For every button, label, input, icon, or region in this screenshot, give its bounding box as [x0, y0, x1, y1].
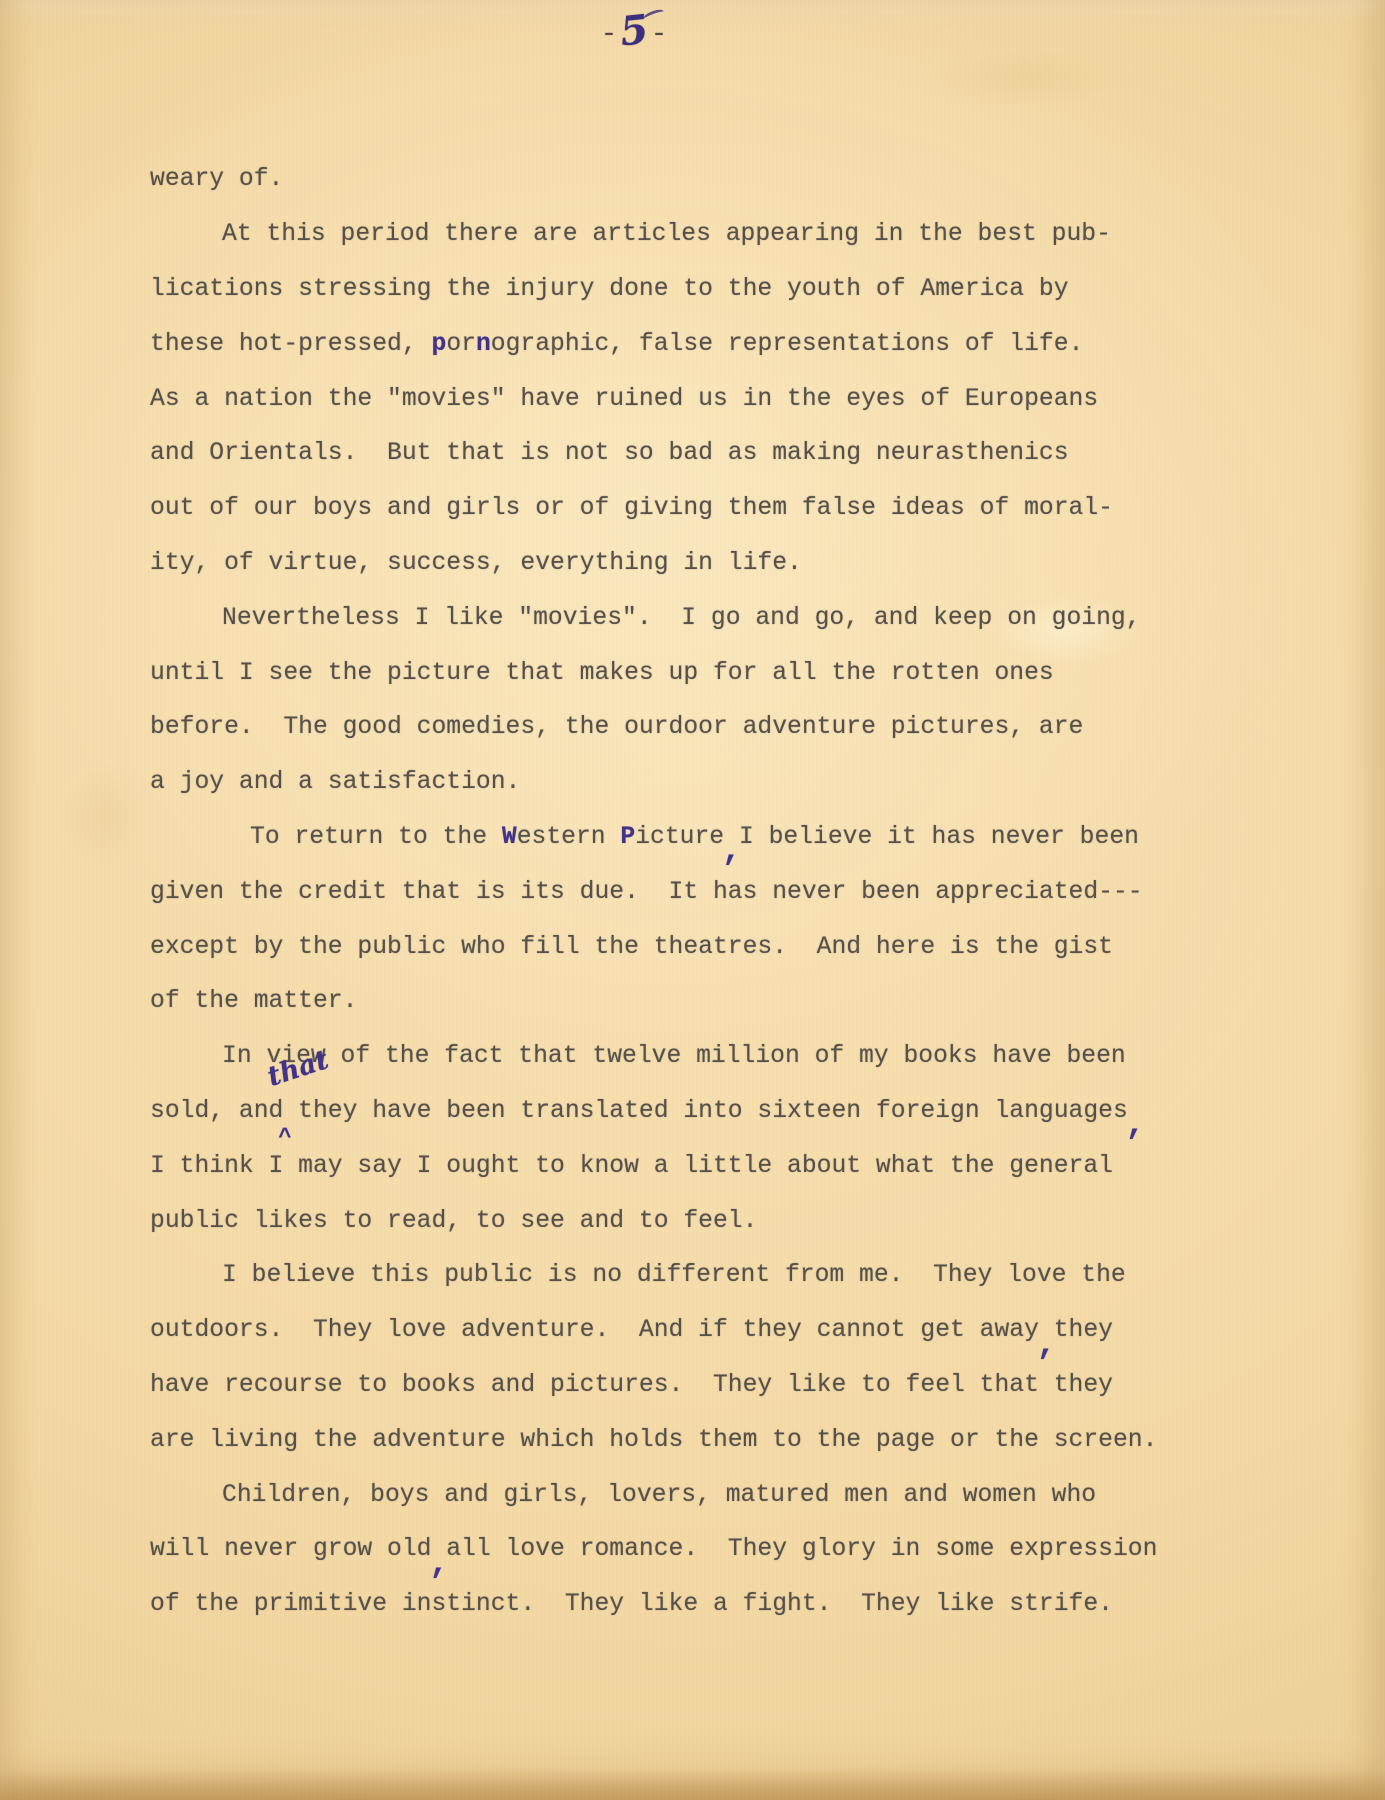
- typed-text: lications stressing the injury done to t…: [150, 275, 1069, 303]
- text-line: will never grow old, all love romance. T…: [150, 1522, 1157, 1577]
- typed-text: are living the adventure which holds the…: [150, 1426, 1157, 1454]
- text-line: outdoors. They love adventure. And if th…: [150, 1303, 1157, 1358]
- typed-text: or: [446, 330, 476, 358]
- typed-text: I believe it has never been: [724, 823, 1139, 851]
- typed-text: of the matter.: [150, 987, 357, 1015]
- insertion-caret: ^: [278, 1125, 291, 1150]
- ink-overwritten-letter: n: [476, 330, 491, 358]
- typed-text: will never grow old: [150, 1535, 431, 1563]
- ink-overwritten-letter: p: [431, 330, 446, 358]
- text-line: As a nation the "movies" have ruined us …: [150, 371, 1157, 426]
- typed-text: and Orientals. But that is not so bad as…: [150, 439, 1069, 467]
- paper-emboss-mark: [930, 48, 1120, 108]
- text-line: a joy and a satisfaction.: [150, 755, 1157, 810]
- typed-text: In view of the fact that twelve million …: [222, 1042, 1126, 1070]
- page-number-dash: -: [601, 20, 619, 50]
- text-line: out of our boys and girls or of giving t…: [150, 481, 1157, 536]
- text-line: weary of.: [150, 152, 1157, 207]
- typed-text: sold, and: [150, 1097, 283, 1125]
- typed-text: public likes to read, to see and to feel…: [150, 1207, 757, 1235]
- paper-stain: [60, 760, 150, 870]
- typed-text: weary of.: [150, 165, 283, 193]
- text-lines: weary of.At this period there are articl…: [150, 152, 1157, 1632]
- text-line: before. The good comedies, the ourdoor a…: [150, 700, 1157, 755]
- ink-overwritten-letter: P: [620, 823, 635, 851]
- typed-text: these hot-pressed,: [150, 330, 431, 358]
- typed-text: As a nation the "movies" have ruined us …: [150, 385, 1098, 413]
- page-number: -5-: [0, 8, 1270, 50]
- typed-text: given the credit that is its due. It has…: [150, 878, 1143, 906]
- typed-text: outdoors. They love adventure. And if th…: [150, 1316, 1039, 1344]
- typed-text: ographic, false representations of life.: [491, 330, 1084, 358]
- typed-text: To return to the: [250, 823, 502, 851]
- typed-text: before. The good comedies, the ourdoor a…: [150, 713, 1083, 741]
- text-line: To return to the Western Picture, I beli…: [150, 810, 1157, 865]
- typed-text: estern: [517, 823, 621, 851]
- text-line: have recourse to books and pictures. The…: [150, 1358, 1157, 1413]
- text-line: are living the adventure which holds the…: [150, 1412, 1157, 1467]
- typed-text: out of our boys and girls or of giving t…: [150, 494, 1113, 522]
- text-line: ity, of virtue, success, everything in l…: [150, 536, 1157, 591]
- text-line: Nevertheless I like "movies". I go and g…: [150, 590, 1157, 645]
- typed-text: I think I may say I ought to know a litt…: [150, 1152, 1113, 1180]
- typed-text: they have been translated into sixteen f…: [283, 1097, 1127, 1125]
- text-line: given the credit that is its due. It has…: [150, 864, 1157, 919]
- typed-text: have recourse to books and pictures. The…: [150, 1371, 1113, 1399]
- typed-text: icture: [635, 823, 724, 851]
- typed-text: all love romance. They glory in some exp…: [431, 1535, 1157, 1563]
- text-line: except by the public who fill the theatr…: [150, 919, 1157, 974]
- text-line: lications stressing the injury done to t…: [150, 262, 1157, 317]
- typed-text: a joy and a satisfaction.: [150, 768, 520, 796]
- text-line: of the matter.: [150, 974, 1157, 1029]
- ink-overwritten-letter: W: [502, 823, 517, 851]
- text-line: Children, boys and girls, lovers, mature…: [150, 1467, 1157, 1522]
- document-page: -5- weary of.At this period there are ar…: [0, 0, 1385, 1800]
- text-line: and Orientals. But that is not so bad as…: [150, 426, 1157, 481]
- typed-text: Children, boys and girls, lovers, mature…: [222, 1481, 1096, 1509]
- typed-text: of the primitive instinct. They like a f…: [150, 1590, 1113, 1618]
- typed-text: I believe this public is no different fr…: [222, 1261, 1126, 1289]
- typed-text: until I see the picture that makes up fo…: [150, 659, 1054, 687]
- text-line: I believe this public is no different fr…: [150, 1248, 1157, 1303]
- handwritten-page-number: 5: [618, 10, 652, 53]
- text-line: sold, andthat^ they have been translated…: [150, 1084, 1157, 1139]
- page-number-dash: -: [651, 20, 669, 50]
- text-line: At this period there are articles appear…: [150, 207, 1157, 262]
- paper-bottom-edge: [0, 1770, 1385, 1800]
- typed-text: ity, of virtue, success, everything in l…: [150, 549, 802, 577]
- text-line: I think I may say I ought to know a litt…: [150, 1138, 1157, 1193]
- typed-text: At this period there are articles appear…: [222, 220, 1111, 248]
- text-line: of the primitive instinct. They like a f…: [150, 1577, 1157, 1632]
- typed-text: Nevertheless I like "movies". I go and g…: [222, 604, 1141, 632]
- text-line: public likes to read, to see and to feel…: [150, 1193, 1157, 1248]
- typed-text: except by the public who fill the theatr…: [150, 933, 1113, 961]
- text-line: until I see the picture that makes up fo…: [150, 645, 1157, 700]
- text-line: these hot-pressed, pornographic, false r…: [150, 316, 1157, 371]
